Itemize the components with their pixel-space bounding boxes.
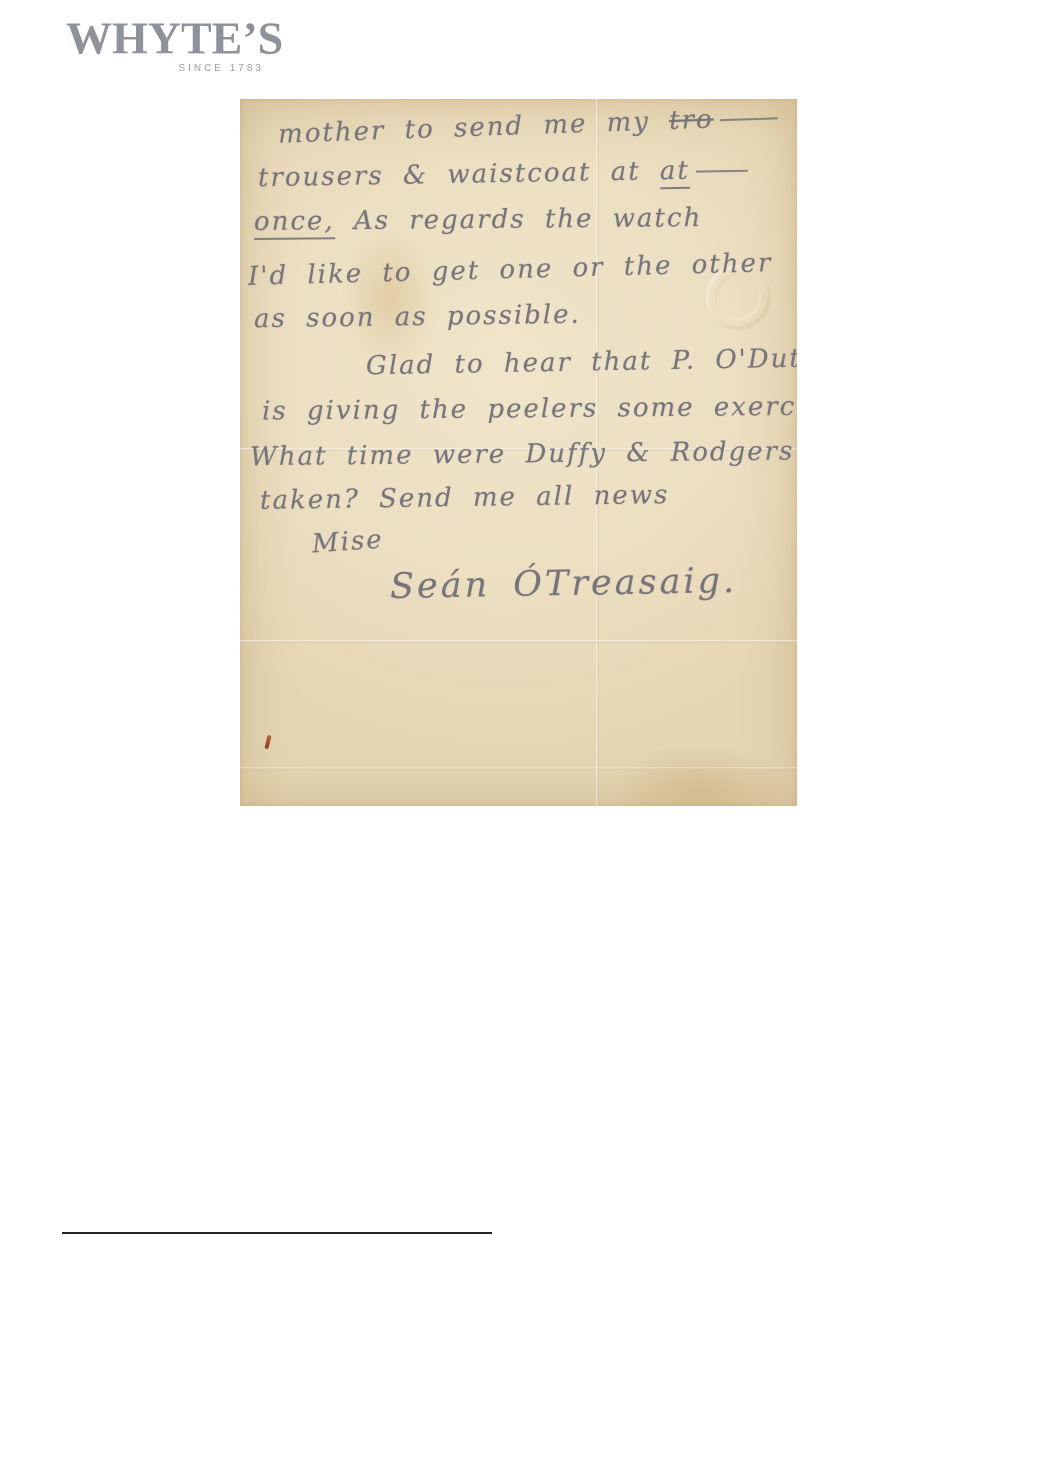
handwriting-line: Mise bbox=[311, 527, 384, 558]
handwriting-text: Mise bbox=[311, 527, 384, 558]
handwriting-text: is giving the peelers some exercise bbox=[262, 393, 797, 424]
struck-out-word: tro bbox=[669, 107, 714, 135]
handwriting-line: I'd like to get one or the other bbox=[248, 250, 773, 290]
footnote-divider-line bbox=[62, 1232, 492, 1234]
catalog-page: WHYTE’S SINCE 1783 mother to send me my … bbox=[0, 0, 1040, 1471]
paper-crease-horizontal bbox=[240, 640, 797, 643]
handwriting-text: as soon as possible. bbox=[254, 302, 581, 333]
handwriting-line: as soon as possible. bbox=[254, 302, 581, 333]
ink-spot bbox=[264, 735, 271, 750]
signature-text: Seán ÓTreasaig. bbox=[390, 564, 738, 605]
handwriting-text: trousers & waistcoat at bbox=[258, 159, 641, 192]
handwriting-line: once, As regards the watch bbox=[254, 205, 703, 240]
handwriting-text: I'd like to get one or the other bbox=[248, 250, 773, 290]
handwriting-text: mother to send me my bbox=[278, 109, 651, 148]
handwriting-text: taken? Send me all news bbox=[260, 482, 670, 514]
handwriting-line: is giving the peelers some exercise bbox=[262, 393, 797, 424]
whytes-logo-tagline: SINCE 1783 bbox=[66, 63, 266, 74]
underlined-word: once, bbox=[254, 208, 335, 240]
strikethrough-stroke bbox=[720, 117, 778, 121]
whytes-logo-text: WHYTE’S bbox=[66, 16, 266, 61]
handwriting-line: trousers & waistcoat at at bbox=[258, 157, 748, 197]
handwriting-text: As regards the watch bbox=[354, 205, 703, 234]
handwriting-line: taken? Send me all news bbox=[260, 482, 670, 514]
paper-crease-horizontal bbox=[240, 767, 797, 770]
handwriting-line: mother to send me my tro bbox=[278, 104, 778, 147]
handwriting-line: What time were Duffy & Rodgers bbox=[250, 438, 797, 470]
letter-scan-image: mother to send me my tro trousers & wais… bbox=[240, 99, 797, 806]
handwriting-line: Glad to hear that P. O'Duthily bbox=[366, 345, 797, 380]
signature: Seán ÓTreasaig. bbox=[390, 564, 738, 605]
handwriting-text: Glad to hear that P. O'Duthily bbox=[366, 345, 797, 380]
whytes-logo: WHYTE’S SINCE 1783 bbox=[66, 16, 266, 74]
pen-stroke bbox=[696, 170, 748, 173]
underlined-word: at bbox=[660, 158, 690, 190]
handwriting-text: What time were Duffy & Rodgers bbox=[250, 439, 795, 471]
